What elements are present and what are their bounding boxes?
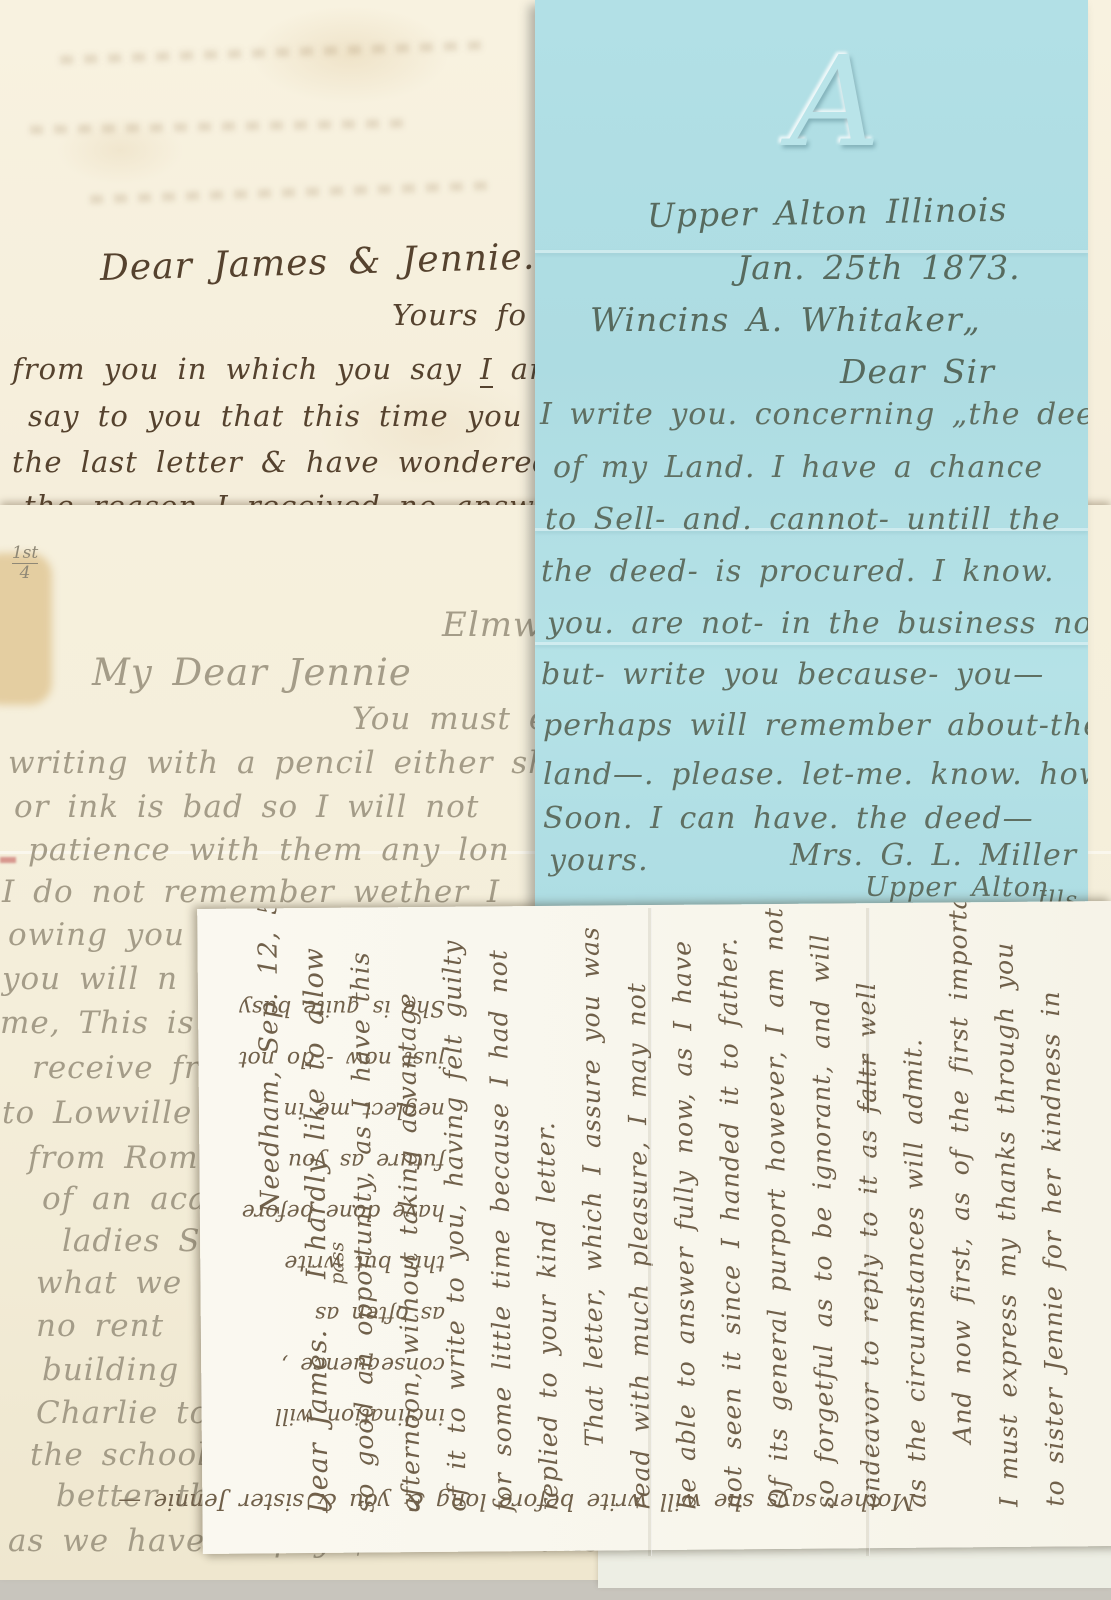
handwriting-line: And now first, as of the first importanc… xyxy=(935,930,986,1507)
crosswriting-line: She is quite busy xyxy=(210,982,445,1033)
handwriting-line: to Lowville xyxy=(2,1095,192,1131)
handwriting-line: for some little time because I had not xyxy=(475,934,526,1511)
crosswriting-note: inclination will consequence , as often … xyxy=(210,982,445,1441)
handwriting-line: the deed- is procured. I know. xyxy=(541,554,1055,589)
handwriting-line: owing you xyxy=(8,917,185,953)
signature: Mrs. G. L. Miller xyxy=(790,838,1077,873)
ink-bleedthrough xyxy=(90,181,490,204)
handwriting-line: the school xyxy=(30,1437,208,1473)
handwriting-line: me, This is xyxy=(0,1005,195,1041)
handwriting-line: I do not remember wether I xyxy=(2,874,500,910)
page-marker: 1st 4 xyxy=(8,545,42,582)
handwriting-line: but- write you because- you— xyxy=(541,657,1044,692)
handwriting-line: Charlie to xyxy=(36,1395,209,1431)
salutation: Dear James & Jennie. xyxy=(99,237,535,289)
signature-place: Upper Alton xyxy=(865,872,1049,903)
handwriting-line: from Rom xyxy=(28,1140,199,1176)
line-fragment: from you in which you say xyxy=(12,352,480,386)
handwriting-line: Yours fo xyxy=(392,298,527,332)
ink-bleedthrough xyxy=(60,40,490,64)
handwriting-line: perhaps will remember about-the xyxy=(543,708,1088,743)
crosswriting-line: consequence , xyxy=(210,1339,445,1390)
crosswriting-line: future as you xyxy=(210,1135,445,1186)
fold-crease xyxy=(535,642,1088,645)
handwriting-line: be able to answer fully now, as I have xyxy=(659,933,710,1510)
fold-crease xyxy=(648,908,652,1556)
handwriting-line: I write you. concerning „the deed xyxy=(540,397,1088,432)
handwriting-line: as the circumstances will admit. xyxy=(889,931,940,1508)
embossed-monogram: A xyxy=(730,30,940,175)
crosswriting-line: this but write xyxy=(210,1237,445,1288)
handwriting-line: of my Land. I have a chance xyxy=(553,450,1043,485)
fold-crease xyxy=(866,908,870,1556)
handwriting-line: to sister Jennie for her kindness in xyxy=(1027,929,1078,1506)
handwriting-line: patience with them any lon xyxy=(28,832,510,868)
handwriting-line: or ink is bad so I will not xyxy=(14,789,479,825)
handwriting-line: read with much pleasure, I may not xyxy=(613,933,664,1510)
handwriting-line: so forgetful as to be ignorant, and will xyxy=(797,931,848,1508)
handwriting-line: Of its general purport however, I am not xyxy=(751,932,802,1509)
salutation: My Dear Jennie xyxy=(92,651,412,694)
handwriting-line: from you in which you say I am in xyxy=(12,352,606,386)
handwriting-line: the last letter & have wondered & xyxy=(12,445,597,479)
handwriting-line: I must express my thanks through you xyxy=(981,930,1032,1507)
handwriting-line: you. are not- in the business now. xyxy=(547,606,1088,641)
handwriting-line: building xyxy=(42,1352,179,1388)
crosswriting-line: inclination will xyxy=(210,1390,445,1441)
handwriting-line: not seen it since I handed it to father. xyxy=(705,932,756,1509)
underlined-word: I xyxy=(480,352,492,388)
handwriting-line: writing with a pencil either sh xyxy=(8,745,549,781)
ink-bleedthrough xyxy=(30,119,410,135)
salutation: Dear Sir xyxy=(840,352,995,391)
handwriting-line: what we c xyxy=(36,1265,218,1301)
addressee-line: Wincins A. Whitaker„ xyxy=(590,300,981,339)
page-marker-numerator: 1st xyxy=(12,543,38,563)
crosswriting-line: neglect me in xyxy=(210,1084,445,1135)
crosswriting-line: just now - do not xyxy=(210,1033,445,1084)
place-line: Upper Alton Illinois xyxy=(647,190,1008,235)
handwriting-line: you will n xyxy=(2,961,178,997)
handwriting-line: say to you that this time you have xyxy=(28,399,614,433)
handwriting-line: no rent xyxy=(36,1308,164,1344)
red-mark xyxy=(0,857,16,863)
letter-sheet-blue-miller: A Upper Alton Illinois Jan. 25th 1873. W… xyxy=(535,0,1088,907)
handwriting-line: to Sell- and. cannot- untill the xyxy=(545,502,1061,537)
page-marker-denominator: 4 xyxy=(20,563,31,583)
handwriting-line: That letter, which I assure you was xyxy=(567,933,618,1510)
closing: yours. xyxy=(549,843,649,878)
handwriting-line: ladies Se xyxy=(62,1223,220,1259)
handwriting-line: land—. please. let-me. know. how xyxy=(543,757,1088,792)
date-line: Jan. 25th 1873. xyxy=(737,248,1021,287)
handwriting-line: Soon. I can have. the deed— xyxy=(543,801,1034,836)
crosswriting-line: have done before xyxy=(210,1186,445,1237)
crosswriting-line: as often as xyxy=(210,1288,445,1339)
handwriting-line: replied to your kind letter. xyxy=(521,934,572,1511)
margin-note-line: Mother says she will write before long &… xyxy=(250,1488,915,1514)
letters-photo: Dear James & Jennie. Yours fo from you i… xyxy=(0,0,1111,1600)
